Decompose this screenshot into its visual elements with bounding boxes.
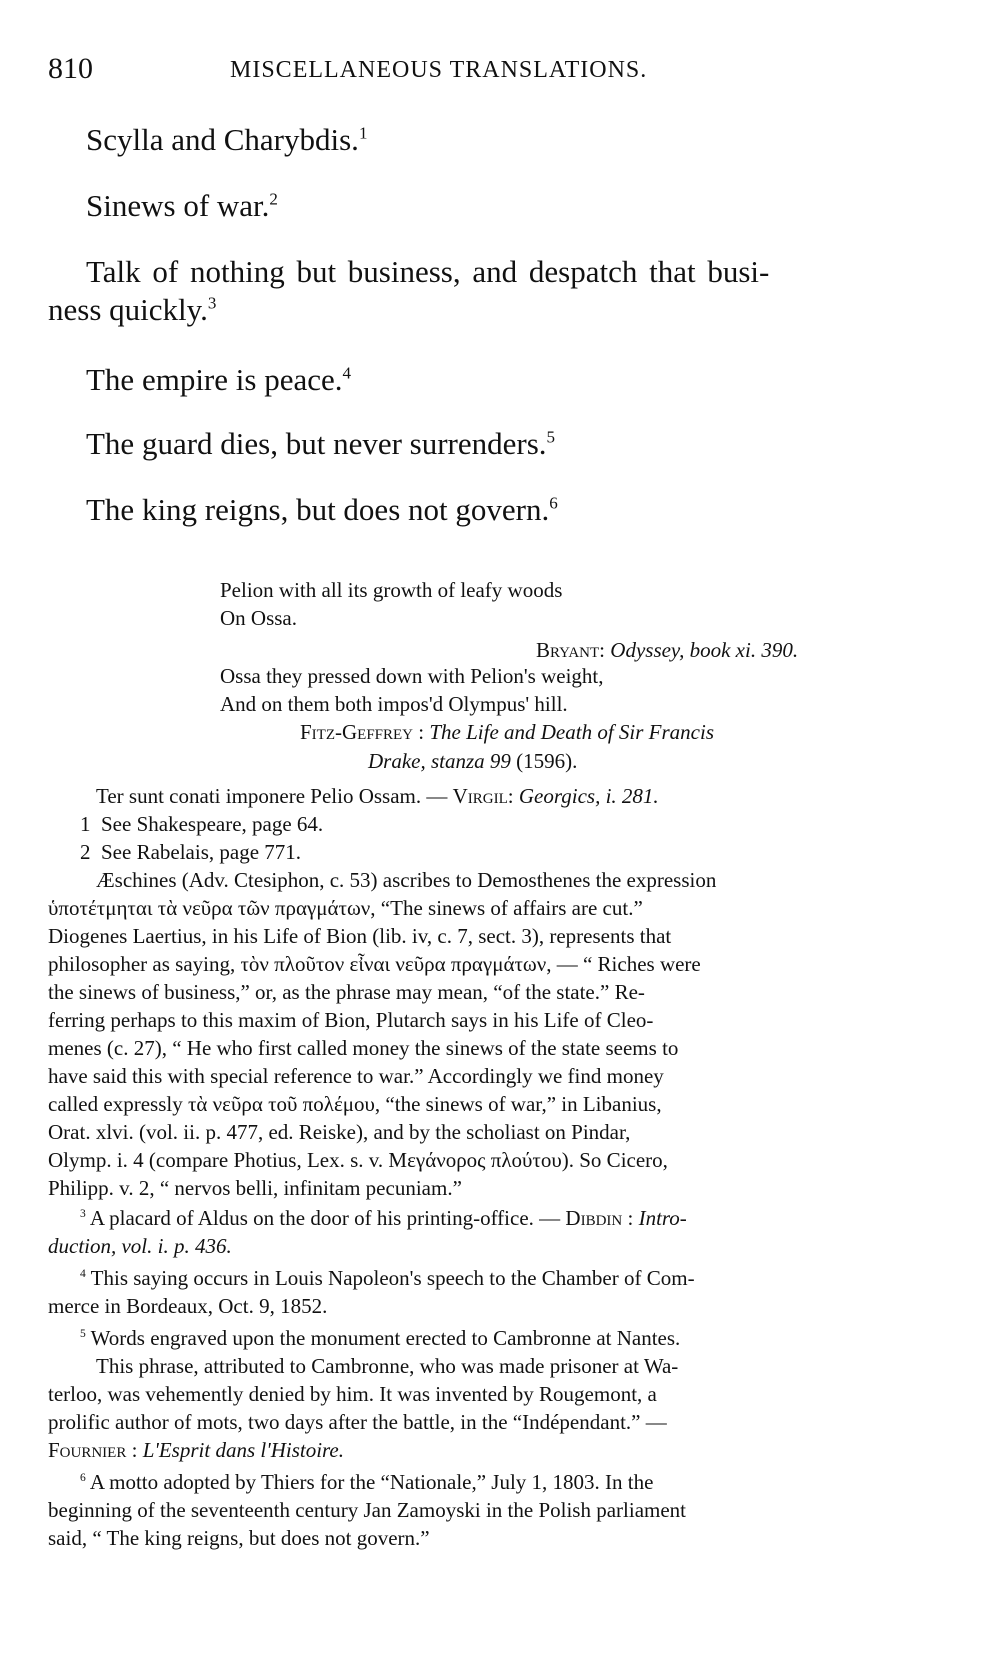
footnote-ref: 2 xyxy=(269,190,278,209)
footnote-4-cont: merce in Bordeaux, Oct. 9, 1852. xyxy=(48,1294,327,1319)
footnote-3-cont: duction, vol. i. p. 436. xyxy=(48,1234,232,1259)
footnote-2-para-line: Orat. xlvi. (vol. ii. p. 477, ed. Reiske… xyxy=(48,1120,630,1145)
footnote-2-para-line: philosopher as saying, τὸν πλοῦτον εἶναι… xyxy=(48,952,701,977)
footnote-2-para-line: Philipp. v. 2, “ nervos belli, infinitam… xyxy=(48,1176,462,1201)
footnote-4: 4 This saying occurs in Louis Napoleon's… xyxy=(80,1266,695,1291)
footnote-2-para-line: Olymp. i. 4 (compare Photius, Lex. s. v.… xyxy=(48,1148,668,1173)
footnote-2-para-line: menes (c. 27), “ He who first called mon… xyxy=(48,1036,678,1061)
footnote-ref: 1 xyxy=(359,124,368,143)
footnote-5-para-line: prolific author of mots, two days after … xyxy=(48,1410,667,1435)
footnote-2-para-line: Diogenes Laertius, in his Life of Bion (… xyxy=(48,924,671,949)
footnote-2-para-line: have said this with special reference to… xyxy=(48,1064,664,1089)
quote-6: The king reigns, but does not govern.6 xyxy=(86,492,558,528)
virgil-quote: Ter sunt conati imponere Pelio Ossam. — … xyxy=(96,784,659,809)
footnote-ref: 5 xyxy=(547,428,556,447)
footnote-6-cont: beginning of the seventeenth century Jan… xyxy=(48,1498,686,1523)
footnote-5-para-line: terloo, was vehemently denied by him. It… xyxy=(48,1382,657,1407)
footnote-2-para-line: the sinews of business,” or, as the phra… xyxy=(48,980,645,1005)
footnote-ref: 4 xyxy=(342,364,351,383)
poem-attribution-cont: Drake, stanza 99 (1596). xyxy=(368,749,577,774)
quote-4: The empire is peace.4 xyxy=(86,362,351,398)
quote-1: Scylla and Charybdis.1 xyxy=(86,122,367,158)
poem-line: Ossa they pressed down with Pelion's wei… xyxy=(220,664,604,689)
quote-3-line2: ness quickly.3 xyxy=(48,292,216,328)
footnote-2: 2 See Rabelais, page 771. xyxy=(80,840,301,865)
footnote-5: 5 Words engraved upon the monument erect… xyxy=(80,1326,680,1351)
quote-5: The guard dies, but never surrenders.5 xyxy=(86,426,555,462)
quote-2: Sinews of war.2 xyxy=(86,188,278,224)
poem-line: On Ossa. xyxy=(220,606,297,631)
footnote-6: 6 A motto adopted by Thiers for the “Nat… xyxy=(80,1470,653,1495)
poem-attribution: Bryant: Odyssey, book xi. 390. xyxy=(536,638,798,663)
footnote-ref: 3 xyxy=(208,294,217,313)
footnote-1: 1 See Shakespeare, page 64. xyxy=(80,812,323,837)
footnote-2-para-line: ὑποτέτμηται τὰ νεῦρα τῶν πραγμάτων, “The… xyxy=(48,896,643,921)
footnote-2-para-line: Æschines (Adv. Ctesiphon, c. 53) ascribe… xyxy=(96,868,716,893)
footnote-3: 3 A placard of Aldus on the door of his … xyxy=(80,1206,687,1231)
poem-line: And on them both impos'd Olympus' hill. xyxy=(220,692,568,717)
quote-3-line1: Talk of nothing but business, and despat… xyxy=(86,254,769,290)
footnote-5-para-line: This phrase, attributed to Cambronne, wh… xyxy=(96,1354,678,1379)
page-number: 810 xyxy=(48,52,93,86)
poem-line: Pelion with all its growth of leafy wood… xyxy=(220,578,562,603)
running-title: MISCELLANEOUS TRANSLATIONS. xyxy=(230,57,647,84)
footnote-6-cont: said, “ The king reigns, but does not go… xyxy=(48,1526,430,1551)
poem-attribution: Fitz-Geffrey : The Life and Death of Sir… xyxy=(300,720,714,745)
footnote-2-para-line: ferring perhaps to this maxim of Bion, P… xyxy=(48,1008,653,1033)
footnote-ref: 6 xyxy=(549,494,558,513)
footnote-5-attribution: Fournier : L'Esprit dans l'Histoire. xyxy=(48,1438,344,1463)
footnote-2-para-line: called expressly τὰ νεῦρα τοῦ πολέμου, “… xyxy=(48,1092,662,1117)
